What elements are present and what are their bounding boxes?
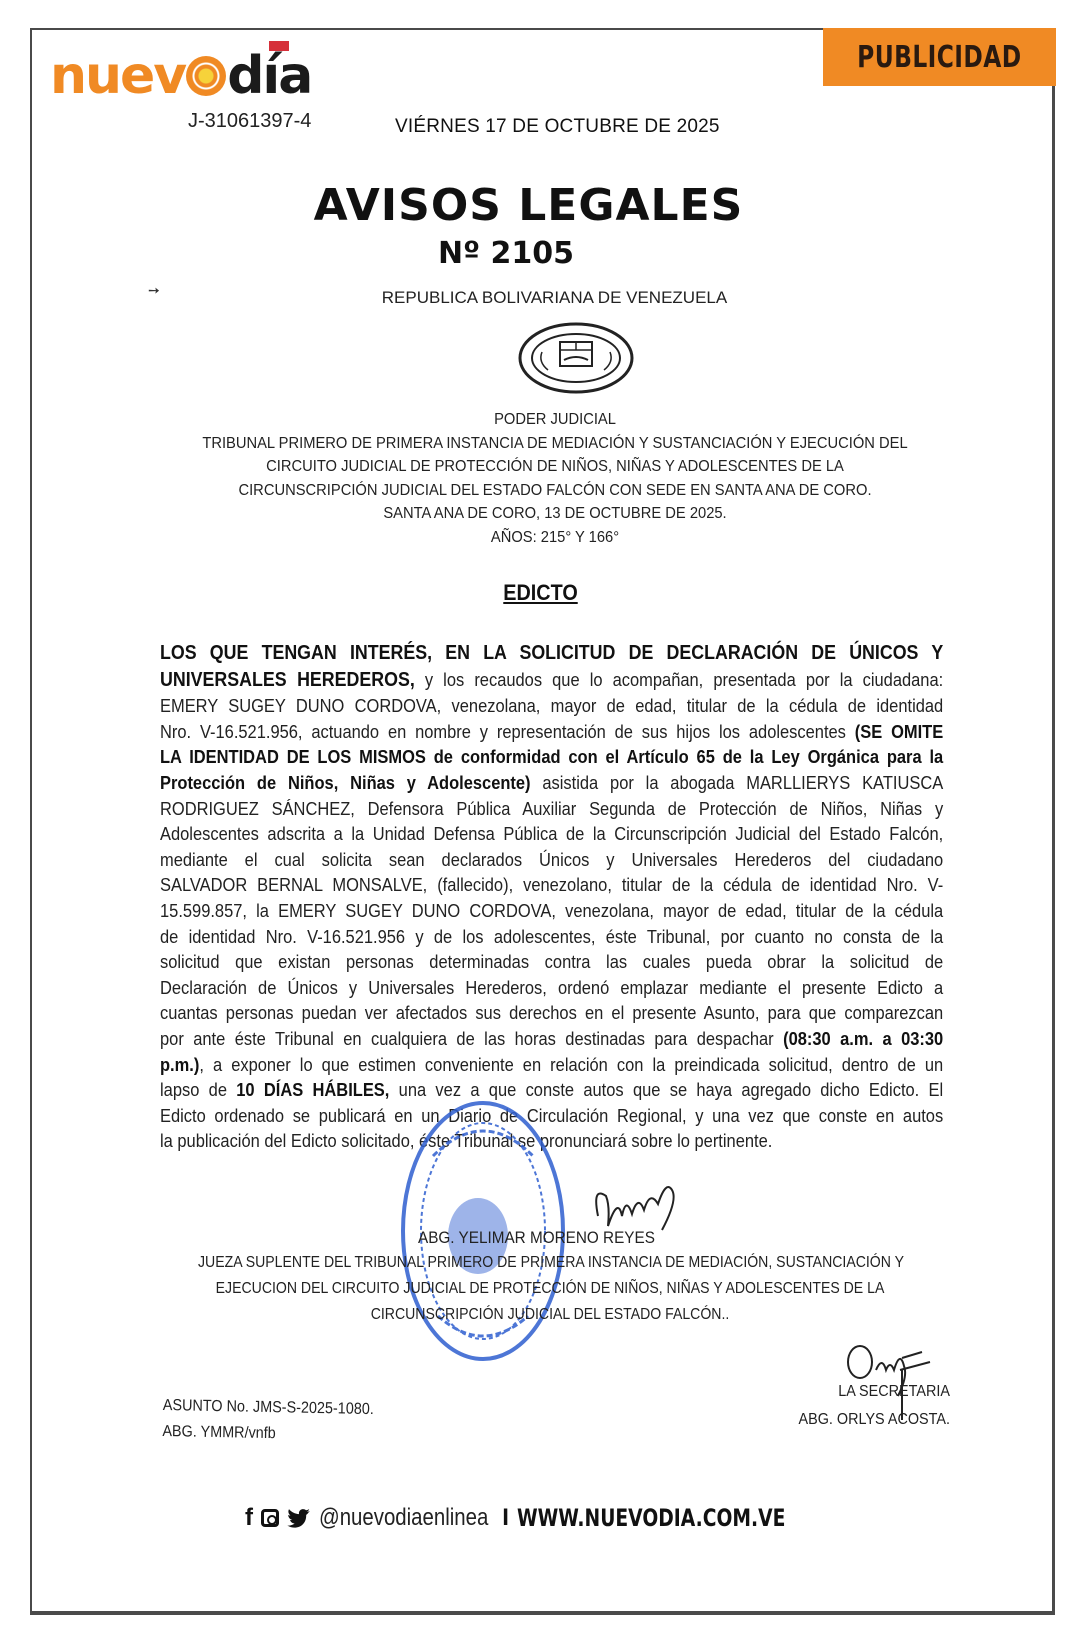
section-badge-label: PUBLICIDAD [857, 40, 1021, 75]
edict-heading: EDICTO [54, 580, 1027, 606]
judge-name: ABG. YELIMAR MORENO REYES [418, 1228, 655, 1248]
website-link[interactable]: WWW.NUEVODIA.COM.VE [517, 1504, 785, 1532]
court-line: AÑOS: 215° Y 166° [192, 526, 919, 550]
court-line: CIRCUITO JUDICIAL DE PROTECCIÓN DE NIÑOS… [192, 455, 919, 479]
judge-title: JUEZA SUPLENTE DEL TRIBUNAL PRIMERO DE P… [198, 1250, 902, 1328]
footer-social: f @nuevodiaenlinea I WWW.NUEVODIA.COM.VE [245, 1500, 861, 1536]
secretary-block: LA SECRETARIA ABG. ORLYS ACOSTA. [788, 1378, 950, 1434]
court-line: CIRCUNSCRIPCIÓN JUDICIAL DEL ESTADO FALC… [192, 479, 919, 503]
case-reference: ASUNTO No. JMS-S-2025-1080. ABG. YMMR/vn… [162, 1393, 374, 1449]
judge-title-line: JUEZA SUPLENTE DEL TRIBUNAL PRIMERO DE P… [198, 1250, 902, 1276]
notice-number: Nº 2105 [438, 236, 574, 271]
nuevodia-logo: nuevdía [50, 50, 311, 102]
judge-title-line: EJECUCION DEL CIRCUITO JUDICIAL DE PROTE… [198, 1276, 902, 1302]
footer-separator: I [502, 1504, 509, 1532]
court-line: TRIBUNAL PRIMERO DE PRIMERA INSTANCIA DE… [192, 432, 919, 456]
secretary-name: ABG. ORLYS ACOSTA. [788, 1406, 950, 1434]
court-line: PODER JUDICIAL [192, 408, 919, 432]
coat-of-arms-seal-icon [518, 322, 634, 394]
logo-accent [269, 41, 289, 51]
rif-number: J-31061397-4 [188, 110, 311, 133]
secretary-title: LA SECRETARIA [788, 1378, 950, 1406]
court-line: SANTA ANA DE CORO, 13 DE OCTUBRE DE 2025… [192, 502, 919, 526]
page-title: AVISOS LEGALES [0, 180, 1069, 231]
edict-body: LOS QUE TENGAN INTERÉS, EN LA SOLICITUD … [160, 640, 943, 1154]
instagram-icon[interactable] [261, 1509, 279, 1527]
judge-title-line: CIRCUNSCRIPCIÓN JUDICIAL DEL ESTADO FALC… [198, 1302, 902, 1328]
initials: ABG. YMMR/vnfb [162, 1419, 373, 1449]
republic-heading: REPUBLICA BOLIVARIANA DE VENEZUELA [14, 288, 1081, 308]
case-number: ASUNTO No. JMS-S-2025-1080. [163, 1393, 374, 1423]
facebook-icon[interactable]: f [245, 1506, 253, 1530]
logo-text-dark: día [227, 46, 311, 106]
section-badge: PUBLICIDAD [823, 28, 1056, 86]
publication-date: VIÉRNES 17 DE OCTUBRE DE 2025 [395, 116, 720, 138]
social-handle[interactable]: @nuevodiaenlinea [319, 1504, 488, 1532]
logo-text-orange: nuev [50, 46, 185, 106]
twitter-icon[interactable] [287, 1508, 311, 1528]
sun-icon [186, 56, 226, 96]
judge-signature-icon [590, 1176, 700, 1236]
court-header: PODER JUDICIAL TRIBUNAL PRIMERO DE PRIME… [192, 408, 919, 549]
